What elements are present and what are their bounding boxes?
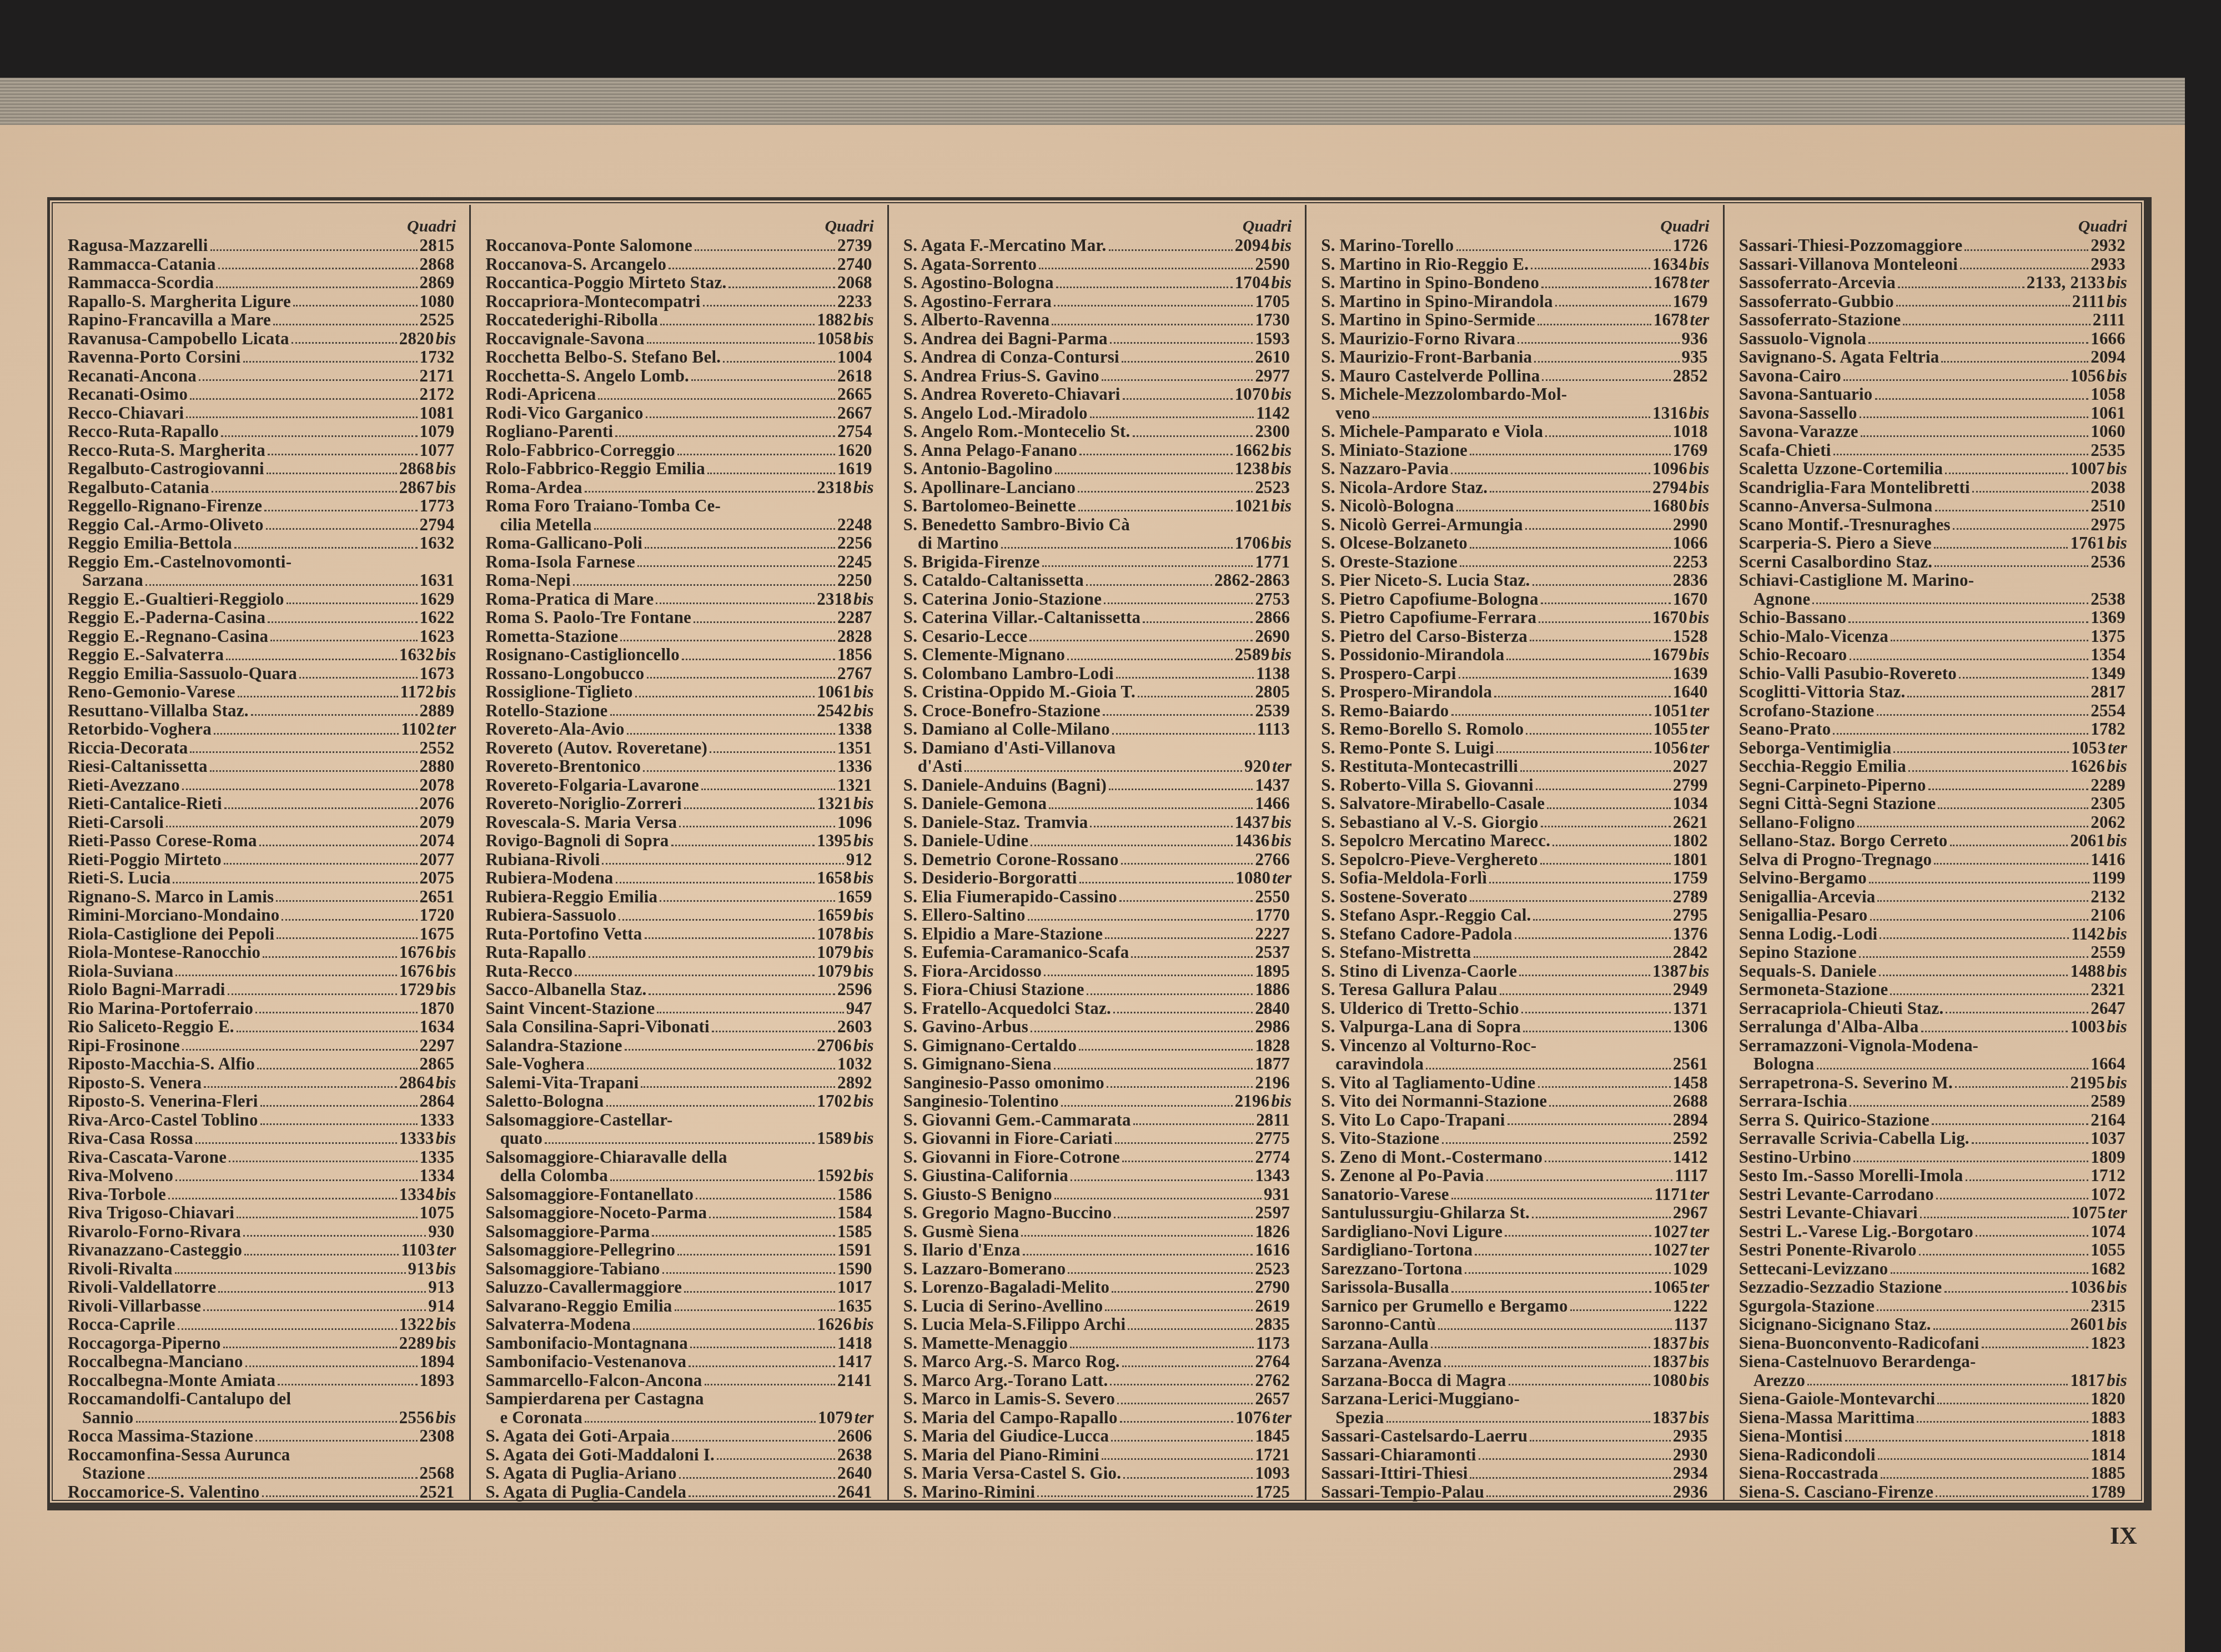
table-number: 1616: [1255, 1241, 1292, 1259]
table-number: 1142: [1256, 404, 1292, 423]
table-number: 2550: [1255, 887, 1292, 906]
dot-leader: [1386, 1421, 1650, 1423]
table-number-value: 2596: [837, 980, 872, 999]
table-number: 2133, 2133bis: [2027, 273, 2127, 292]
table-number-value: 1081: [420, 403, 455, 423]
table-number-value: 935: [1682, 347, 1708, 366]
index-entry: S. Marco Arg.-S. Marco Rog.2764: [903, 1352, 1292, 1371]
entry-name: S. Angelo Lod.-Miradolo: [903, 404, 1088, 423]
dot-leader: [728, 287, 835, 288]
table-number: 1712: [2091, 1166, 2127, 1185]
dot-leader: [278, 1384, 417, 1385]
index-entry: S. Clemente-Mignano2589bis: [903, 645, 1292, 664]
index-entry: Reggio E.-Paderna-Casina1622: [68, 608, 456, 627]
dot-leader: [237, 1217, 417, 1218]
entry-name: Roma-Isola Farnese: [485, 553, 635, 571]
index-entry: S. Lucia Mela-S.Filippo Archi2835: [903, 1315, 1292, 1334]
dot-leader: [1121, 863, 1253, 865]
table-number-suffix: bis: [853, 589, 874, 609]
table-number-value: 1080: [1652, 1370, 1687, 1390]
entry-name: Roma S. Paolo-Tre Fontane: [485, 608, 691, 627]
table-number: 1770: [1255, 906, 1292, 925]
dot-leader: [627, 733, 835, 735]
dot-leader: [684, 1291, 835, 1293]
index-entry: S. Giovanni in Fiore-Cariati2775: [903, 1129, 1292, 1148]
table-number: 1102ter: [401, 720, 456, 739]
index-entry: Rolo-Fabbrico-Reggio Emilia1619: [485, 459, 873, 478]
index-entry: Rovereto-Folgaria-Lavarone1321: [485, 776, 873, 795]
table-number-value: 1721: [1255, 1445, 1290, 1464]
table-number: 1053ter: [2071, 739, 2127, 757]
index-entry: Siena-Roccastrada1885: [1739, 1464, 2127, 1483]
dot-leader: [1039, 268, 1253, 269]
index-entry: Salsomaggiore-Fontanellato1586: [485, 1185, 873, 1204]
index-entry: S. Sepolcro-Pieve-Verghereto1801: [1321, 850, 1709, 869]
entry-name: Savignano-S. Agata Feltria: [1739, 348, 1939, 366]
table-number: 1676bis: [399, 962, 456, 981]
table-number-value: 1074: [2091, 1222, 2125, 1241]
dot-leader: [1037, 1495, 1253, 1497]
index-entry: S. Marino-Rimini1725: [903, 1483, 1292, 1502]
table-number: 2647: [2091, 999, 2127, 1018]
dot-leader: [243, 1235, 426, 1237]
entry-name: S. Maria del Piano-Rimini: [903, 1445, 1099, 1464]
dot-leader: [1116, 677, 1254, 679]
dot-leader: [264, 510, 417, 511]
table-number: 1018: [1673, 422, 1710, 441]
table-number-value: 2864: [420, 1091, 455, 1111]
table-number: 1051ter: [1654, 701, 1710, 720]
table-number-suffix: bis: [853, 961, 874, 981]
table-number-value: 1333: [399, 1128, 434, 1148]
dot-leader: [1102, 1458, 1253, 1460]
index-entry: Bologna1664: [1739, 1055, 2127, 1073]
dot-leader: [1870, 919, 2089, 921]
table-number: 2061bis: [2070, 831, 2127, 850]
index-entry: Roma-Nepi2250: [485, 571, 873, 590]
dot-leader: [1555, 305, 1671, 307]
dot-leader: [1109, 249, 1233, 251]
dot-leader: [710, 751, 835, 753]
table-number: 1789: [2091, 1483, 2127, 1502]
index-entry: S. Pietro del Carso-Bisterza1528: [1321, 627, 1709, 646]
entry-name: Riva-Cascata-Varone: [68, 1148, 227, 1167]
table-number-value: 2318: [817, 478, 852, 497]
column-header: Quadri: [1739, 217, 2127, 236]
table-number: 2074: [420, 831, 456, 850]
index-entry: S. Sofia-Meldola-Forlì1759: [1321, 868, 1709, 887]
entry-name: Scerni Casalbordino Staz.: [1739, 553, 1933, 571]
entry-name: Rocca-Caprile: [68, 1315, 175, 1334]
table-number-suffix: bis: [853, 478, 874, 497]
table-number: 2657: [1255, 1389, 1292, 1408]
dot-leader: [705, 1384, 835, 1385]
entry-name: Roccatederighi-Ribolla: [485, 310, 658, 329]
dot-leader: [1955, 1086, 2068, 1088]
table-number-suffix: bis: [1271, 831, 1292, 850]
index-entry: Roccagorga-Piperno2289bis: [68, 1334, 456, 1353]
table-number: 1883: [2091, 1408, 2127, 1427]
dot-leader: [1903, 324, 2090, 325]
entry-name: Serrara-Ischia: [1739, 1092, 1848, 1111]
entry-name: Selvino-Bergamo: [1739, 868, 1867, 887]
table-number: 1336: [837, 757, 874, 776]
table-number-value: 1591: [837, 1240, 872, 1259]
table-number-value: 2559: [2091, 942, 2125, 962]
dot-leader: [268, 454, 418, 455]
entry-name: S. Maurizio-Forno Rivara: [1321, 329, 1515, 348]
dot-leader: [1817, 1068, 2089, 1069]
table-number: 1592bis: [817, 1166, 874, 1185]
table-number: 1376: [1673, 925, 1710, 943]
table-number: 1027ter: [1654, 1222, 1710, 1241]
index-entry: S. Andrea Rovereto-Chiavari1070bis: [903, 385, 1292, 404]
table-number: 2775: [1255, 1129, 1292, 1148]
entry-name: Sellano-Foligno: [1739, 813, 1856, 832]
table-number-suffix: bis: [436, 1259, 456, 1278]
dot-leader: [1848, 621, 2088, 623]
index-entry: Roma-Isola Farnese2245: [485, 553, 873, 571]
table-number: 2132: [2091, 887, 2127, 906]
table-number: 1079: [420, 422, 456, 441]
index-entry: Sambonifacio-Montagnana1418: [485, 1334, 873, 1353]
index-entry: Recco-Ruta-Rapallo1079: [68, 422, 456, 441]
table-number: 1659bis: [817, 906, 874, 925]
dot-leader: [166, 826, 418, 827]
table-number-value: 1584: [837, 1203, 872, 1222]
table-number: 2062: [2091, 813, 2127, 832]
table-number-value: 2889: [420, 701, 455, 720]
table-number: 1882bis: [817, 310, 874, 329]
table-number-value: 1032: [837, 1054, 872, 1073]
index-entry: Seborga-Ventimiglia1053ter: [1739, 739, 2127, 757]
entry-name: S. Elia Fiumerapido-Cassino: [903, 887, 1117, 906]
table-number-suffix: ter: [436, 719, 456, 739]
table-number: 1078bis: [817, 925, 874, 943]
entry-name: S. Salvatore-Mirabello-Casale: [1321, 794, 1545, 813]
entry-name: Sambonifacio-Montagnana: [485, 1334, 688, 1353]
entry-name: S. Marco Arg.-S. Marco Rog.: [903, 1352, 1120, 1371]
table-number: 2817: [2091, 682, 2127, 701]
table-number-suffix: bis: [853, 831, 874, 850]
table-number-value: 1631: [420, 570, 455, 590]
table-number: 1003bis: [2070, 1017, 2127, 1036]
table-number-value: 2589: [2091, 1091, 2125, 1111]
dot-leader: [182, 1049, 418, 1051]
index-entry: S. Brigida-Firenze1771: [903, 553, 1292, 571]
entry-name: Savona-Sassello: [1739, 404, 1857, 423]
table-number-suffix: bis: [853, 1314, 874, 1334]
entry-name: Scoglitti-Vittoria Staz.: [1739, 682, 1906, 701]
table-number-value: 1371: [1673, 998, 1708, 1018]
table-number: 2799: [1673, 776, 1710, 795]
table-number: 2842: [1673, 943, 1710, 962]
table-number-value: 1632: [399, 645, 434, 664]
table-number-value: 2537: [1255, 942, 1290, 962]
entry-name: S. Marino-Rimini: [903, 1483, 1035, 1502]
index-entry: Sarissola-Busalla1065ter: [1321, 1278, 1709, 1297]
index-entry: Rubiera-Modena1658bis: [485, 868, 873, 887]
index-entry: S. Giustina-California1343: [903, 1166, 1292, 1185]
index-entry: Rivoli-Villarbasse914: [68, 1297, 456, 1315]
table-number: 1322bis: [399, 1315, 456, 1334]
table-number: 2075: [420, 868, 456, 887]
table-number: 1056bis: [2070, 366, 2127, 385]
table-number: 1870: [420, 999, 456, 1018]
entry-name: Salsomaggiore-Castellar-: [485, 1110, 672, 1129]
table-number-value: 1102: [401, 719, 435, 739]
table-number-value: 1058: [817, 329, 852, 348]
entry-name: S. Cristina-Oppido M.-Gioia T.: [903, 682, 1135, 701]
entry-name: S. Giusto-S Benigno: [903, 1185, 1052, 1204]
index-entry: Rammacca-Catania2868: [68, 255, 456, 274]
dot-leader: [1475, 1254, 1651, 1256]
dot-leader: [1109, 789, 1253, 790]
table-number: 2256: [837, 534, 874, 553]
table-number: 1029: [1673, 1259, 1710, 1278]
dot-leader: [1859, 956, 2088, 958]
table-number: 1321: [837, 776, 874, 795]
table-number-value: 1725: [1255, 1482, 1290, 1502]
index-entry: Sassoferrato-Stazione2111: [1739, 310, 2127, 329]
table-number-value: 2665: [837, 384, 872, 404]
table-number: 1172bis: [400, 682, 456, 701]
index-entry: Rieti-Passo Corese-Roma2074: [68, 831, 456, 850]
entry-name: S. Teresa Gallura Palau: [1321, 980, 1498, 999]
dot-leader: [1541, 826, 1671, 827]
table-number: 1801: [1673, 850, 1710, 869]
entry-name: Saluzzo-Cavallermaggiore: [485, 1278, 682, 1297]
table-number-value: 1334: [399, 1184, 434, 1204]
index-entry: Sardigliano-Tortona1027ter: [1321, 1241, 1709, 1259]
entry-name: Serravalle Scrivia-Cabella Lig.: [1739, 1129, 1969, 1148]
table-number-value: 2196: [1255, 1073, 1290, 1092]
table-number: 1704bis: [1235, 273, 1292, 292]
table-number: 1371: [1673, 999, 1710, 1018]
index-entry: S. Possidonio-Mirandola1679bis: [1321, 645, 1709, 664]
dot-leader: [610, 1179, 815, 1181]
dot-leader: [1526, 733, 1651, 735]
dot-leader: [1122, 361, 1253, 363]
table-number: 1417: [837, 1352, 874, 1371]
index-entry: S. Daniele-Udine1436bis: [903, 831, 1292, 850]
index-entry: S. Vito al Tagliamento-Udine1458: [1321, 1073, 1709, 1092]
entry-name: S. Apollinare-Lanciano: [903, 478, 1076, 497]
dot-leader: [1056, 287, 1233, 288]
entry-name: Sacco-Albanella Staz.: [485, 980, 646, 999]
index-entry: quato1589bis: [485, 1129, 873, 1148]
entry-name: Rivanazzano-Casteggio: [68, 1241, 242, 1259]
table-number: 1666: [2091, 329, 2127, 348]
dot-leader: [282, 919, 417, 921]
table-number: 2688: [1673, 1092, 1710, 1111]
entry-name: Reggio E.-Paderna-Casina: [68, 608, 265, 627]
index-entry: caravindola2561: [1321, 1055, 1709, 1073]
dot-leader: [1936, 1495, 2088, 1497]
table-number-value: 2619: [1255, 1296, 1290, 1315]
table-number: 2828: [837, 627, 874, 646]
table-number: 1828: [1255, 1036, 1292, 1055]
entry-name: S. Agata-Sorrento: [903, 255, 1037, 274]
dot-leader: [1090, 416, 1254, 418]
index-entry: Rieti-S. Lucia2075: [68, 868, 456, 887]
index-entry: Rodi-Vico Garganico2667: [485, 404, 873, 423]
table-number: 1626bis: [817, 1315, 874, 1334]
table-number-value: 2027: [1673, 756, 1708, 776]
dot-leader: [1103, 714, 1253, 716]
table-number-value: 2038: [2091, 478, 2125, 497]
entry-name: Siena-Massa Marittima: [1739, 1408, 1915, 1427]
dot-leader: [1850, 1105, 2088, 1107]
dot-leader: [1459, 677, 1671, 679]
table-number: 914: [428, 1297, 456, 1315]
dot-leader: [1122, 1161, 1253, 1162]
entry-name: Riva-Arco-Castel Toblino: [68, 1111, 258, 1129]
table-number: 2949: [1673, 980, 1710, 999]
entry-name: Scafa-Chieti: [1739, 441, 1831, 460]
table-number: 2764: [1255, 1352, 1292, 1371]
entry-name: Sale-Voghera: [485, 1055, 585, 1073]
dot-leader: [647, 677, 835, 679]
entry-name: S. Stino di Livenza-Caorle: [1321, 962, 1517, 981]
dot-leader: [1519, 975, 1650, 976]
dot-leader: [682, 659, 835, 660]
index-entry: Riva-Casa Rossa1333bis: [68, 1129, 456, 1148]
table-number: 2233: [837, 292, 874, 311]
index-entry: Sardigliano-Novi Ligure1027ter: [1321, 1222, 1709, 1241]
table-number: 1333bis: [399, 1129, 456, 1148]
table-number: 2601bis: [2070, 1315, 2127, 1334]
entry-name: Rovereto-Brentonico: [485, 757, 641, 776]
entry-name: S. Marco Arg.-Torano Latt.: [903, 1371, 1108, 1390]
entry-name: Schio-Recoaro: [1739, 645, 1847, 664]
dot-leader: [1547, 807, 1671, 809]
index-entry: S. Stefano Aspr.-Reggio Cal.2795: [1321, 906, 1709, 925]
table-number: 1585: [837, 1222, 874, 1241]
table-number-value: 1076: [1235, 1408, 1270, 1427]
dot-leader: [1525, 528, 1671, 530]
entry-name: Seborga-Ventimiglia: [1739, 739, 1892, 757]
index-entry: Schio-Malo-Vicenza1375: [1739, 627, 2127, 646]
entry-name: S. Colombano Lambro-Lodi: [903, 664, 1114, 683]
entry-name: Reggio Cal.-Armo-Oliveto: [68, 515, 264, 534]
dot-leader: [1114, 1217, 1253, 1218]
entry-name: Sequals-S. Daniele: [1739, 962, 1877, 981]
table-number-suffix: bis: [1271, 273, 1292, 292]
table-number: 1664: [2091, 1055, 2127, 1073]
table-number: 2106: [2091, 906, 2127, 925]
table-number: 1056ter: [1654, 739, 1710, 757]
dot-leader: [1133, 435, 1253, 437]
entry-name: Rieti-S. Lucia: [68, 868, 170, 887]
dot-leader: [1517, 342, 1679, 344]
table-number: 1818: [2091, 1427, 2127, 1445]
table-number-value: 1626: [817, 1314, 852, 1334]
index-entry: Rapino-Francavilla a Mare2525: [68, 310, 456, 329]
entry-name: Senna Lodig.-Lodi: [1739, 925, 1878, 943]
index-entry: S. Andrea dei Bagni-Parma1593: [903, 329, 1292, 348]
table-number: 912: [846, 850, 874, 869]
table-number-value: 1222: [1673, 1296, 1708, 1315]
entry-name: Recco-Ruta-S. Margherita: [68, 441, 265, 460]
table-number-value: 1845: [1255, 1426, 1290, 1445]
index-entry: S. Stefano-Mistretta2842: [1321, 943, 1709, 962]
entry-name: S. Olcese-Bolzaneto: [1321, 534, 1468, 553]
index-entry: S. Daniele-Anduins (Bagni)1437: [903, 776, 1292, 795]
dot-leader: [1119, 900, 1253, 902]
entry-name: S. Miniato-Stazione: [1321, 441, 1468, 460]
table-number-value: 2315: [2091, 1296, 2125, 1315]
dot-leader: [637, 565, 835, 567]
entry-name: Sesto Im.-Sasso Morelli-Imola: [1739, 1166, 1963, 1185]
table-number-value: 1096: [837, 812, 872, 832]
dot-leader: [259, 845, 418, 846]
entry-name: S. Remo-Borello S. Romolo: [1321, 720, 1524, 739]
dot-leader: [1110, 1384, 1253, 1385]
table-number: 2592: [1673, 1129, 1710, 1148]
dot-leader: [1079, 882, 1234, 883]
table-number-value: 1056: [2070, 366, 2105, 385]
table-number-value: 1818: [2091, 1426, 2125, 1445]
dot-leader: [1898, 287, 2024, 288]
dot-leader: [1104, 602, 1253, 604]
index-entry: Rivarolo-Forno-Rivara930: [68, 1222, 456, 1241]
entry-name: Roccagorga-Piperno: [68, 1334, 221, 1353]
entry-name: Roccanova-Ponte Salomone: [485, 236, 692, 255]
index-entry: S. Agata F.-Mercatino Mar.2094bis: [903, 236, 1292, 255]
entry-name: Roccalbegna-Manciano: [68, 1352, 243, 1371]
index-entry: Schio-Bassano1369: [1739, 608, 2127, 627]
table-number: 1761bis: [2070, 534, 2127, 553]
table-number-value: 2133, 2133: [2027, 273, 2106, 292]
table-number-value: 2550: [1255, 887, 1290, 906]
table-number-value: 2094: [1235, 235, 1270, 255]
dot-leader: [292, 342, 397, 344]
table-number: 1720: [420, 906, 456, 925]
entry-name: S. Agata di Puglia-Candela: [485, 1483, 686, 1502]
table-number-value: 1238: [1235, 459, 1270, 478]
table-number-value: 2975: [2091, 515, 2125, 534]
table-number: 1036bis: [2070, 1278, 2127, 1297]
index-entry-line: Salsomaggiore-Castellar-: [485, 1111, 873, 1129]
entry-name: Savona-Santuario: [1739, 385, 1873, 404]
dot-leader: [647, 342, 815, 344]
table-number-value: 1895: [1255, 961, 1290, 981]
dot-leader: [645, 547, 835, 549]
entry-name: S. Fiora-Arcidosso: [903, 962, 1042, 981]
dot-leader: [178, 1328, 397, 1330]
table-number: 2667: [837, 404, 874, 423]
dot-leader: [1936, 1198, 2088, 1199]
dot-leader: [224, 863, 418, 865]
table-number-value: 1679: [1652, 645, 1687, 664]
index-entry: Spezia1837bis: [1321, 1408, 1709, 1427]
table-number: 2196bis: [1235, 1092, 1292, 1111]
entry-name: S. Ilario d'Enza: [903, 1241, 1021, 1259]
dot-leader: [1934, 863, 2088, 865]
entry-name: d'Asti: [903, 757, 962, 776]
table-number-value: 1349: [2091, 664, 2125, 683]
table-number: 2164: [2091, 1111, 2127, 1129]
table-number: 1837bis: [1652, 1408, 1710, 1427]
dot-leader: [712, 1031, 835, 1032]
table-number: 2078: [420, 776, 456, 795]
table-number-suffix: ter: [1690, 1277, 1710, 1297]
entry-name: S. Agostino-Ferrara: [903, 292, 1052, 311]
index-entry: Reggio E.-Regnano-Casina1623: [68, 627, 456, 646]
index-entry: S. Sebastiano al V.-S. Giorgio2621: [1321, 813, 1709, 832]
table-number-value: 1007: [2070, 459, 2105, 478]
